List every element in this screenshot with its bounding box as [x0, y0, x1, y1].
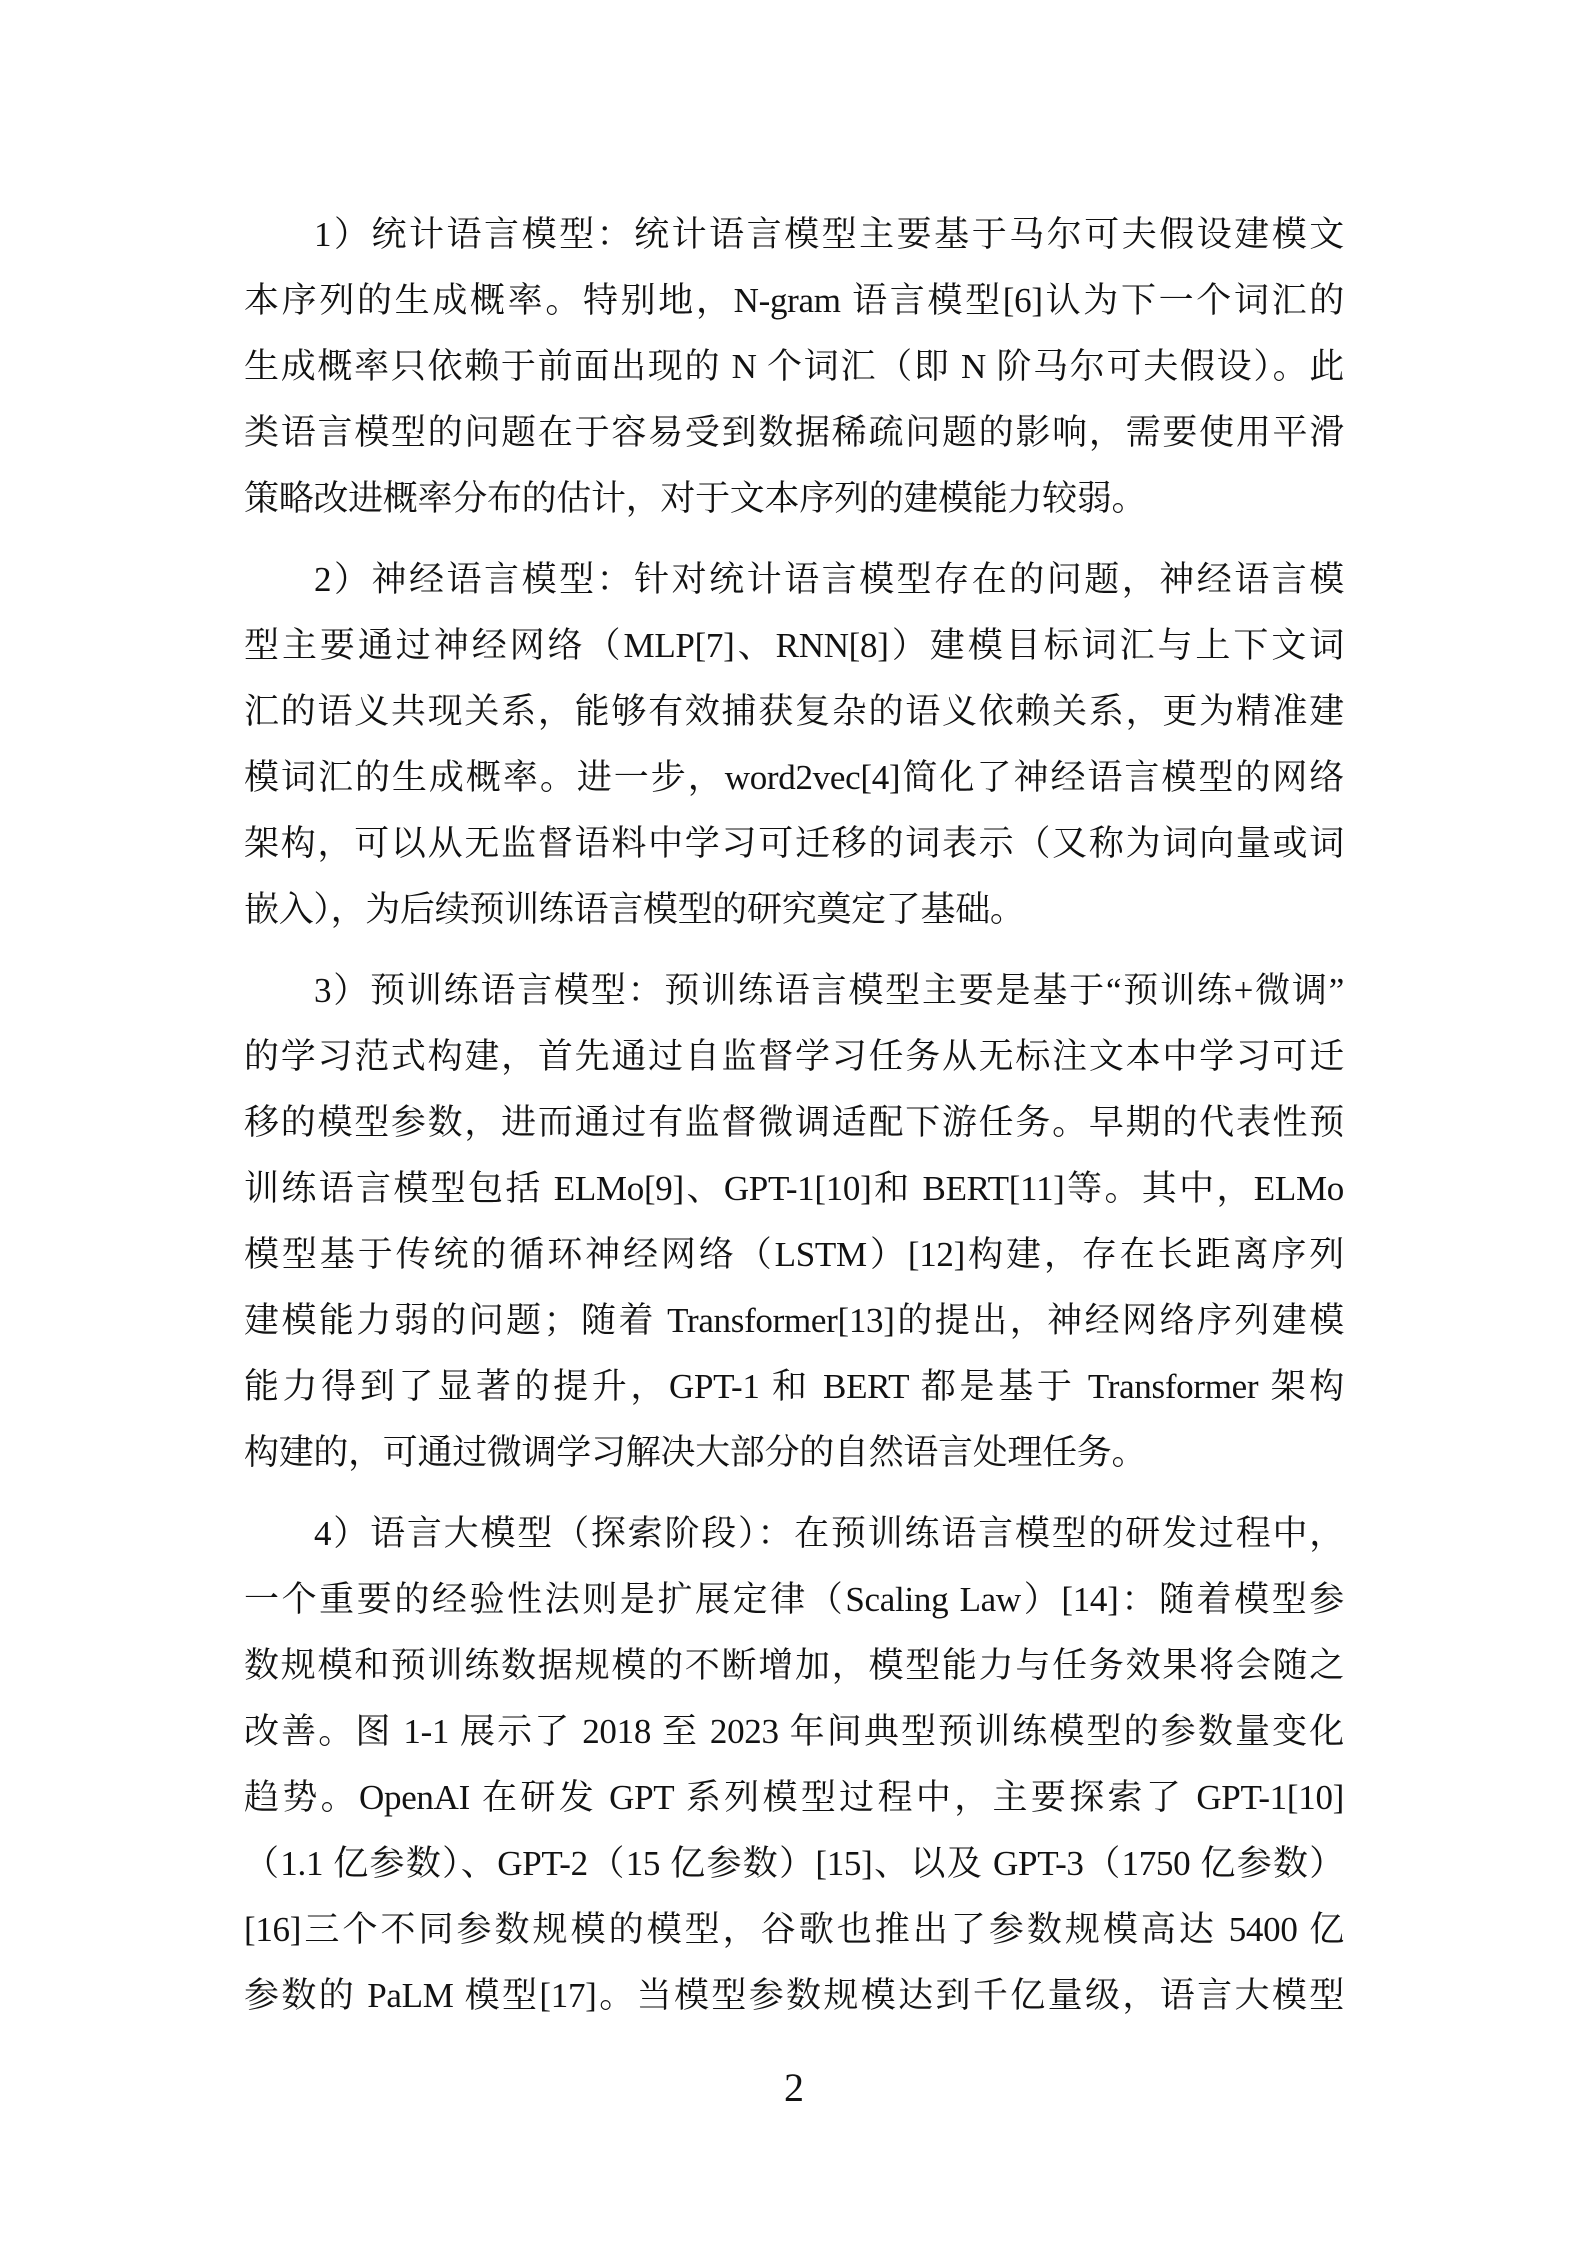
text-line: 型主要通过神经网络（MLP[7]、RNN[8]）建模目标词汇与上下文词	[244, 613, 1344, 679]
text-line: 趋势。OpenAI 在研发 GPT 系列模型过程中，主要探索了 GPT-1[10…	[244, 1765, 1344, 1831]
paragraph-pretrained-language-model: 3）预训练语言模型：预训练语言模型主要是基于“预训练+微调”的学习范式构建，首先…	[244, 958, 1344, 1486]
text-line: （1.1 亿参数）、GPT-2（15 亿参数）[15]、以及 GPT-3（175…	[244, 1831, 1344, 1897]
text-line: 移的模型参数，进而通过有监督微调适配下游任务。早期的代表性预	[244, 1090, 1344, 1156]
text-line: 建模能力弱的问题；随着 Transformer[13]的提出，神经网络序列建模	[244, 1288, 1344, 1354]
text-line: 参数的 PaLM 模型[17]。当模型参数规模达到千亿量级，语言大模型	[244, 1963, 1344, 2029]
text-line: 模型基于传统的循环神经网络（LSTM）[12]构建，存在长距离序列	[244, 1222, 1344, 1288]
text-line: 改善。图 1-1 展示了 2018 至 2023 年间典型预训练模型的参数量变化	[244, 1699, 1344, 1765]
text-line: 的学习范式构建，首先通过自监督学习任务从无标注文本中学习可迁	[244, 1024, 1344, 1090]
text-line: 2）神经语言模型：针对统计语言模型存在的问题，神经语言模	[244, 547, 1344, 613]
text-line: 生成概率只依赖于前面出现的 N 个词汇（即 N 阶马尔可夫假设）。此	[244, 334, 1344, 400]
text-line: 4）语言大模型（探索阶段）：在预训练语言模型的研发过程中，	[244, 1501, 1344, 1567]
text-line: 策略改进概率分布的估计，对于文本序列的建模能力较弱。	[244, 466, 1344, 532]
text-line: 本序列的生成概率。特别地，N-gram 语言模型[6]认为下一个词汇的	[244, 268, 1344, 334]
paragraph-large-language-model-exploration: 4）语言大模型（探索阶段）：在预训练语言模型的研发过程中，一个重要的经验性法则是…	[244, 1501, 1344, 2029]
text-line: 3）预训练语言模型：预训练语言模型主要是基于“预训练+微调”	[244, 958, 1344, 1024]
text-line: 数规模和预训练数据规模的不断增加，模型能力与任务效果将会随之	[244, 1633, 1344, 1699]
body-text-block: 1）统计语言模型：统计语言模型主要基于马尔可夫假设建模文本序列的生成概率。特别地…	[244, 202, 1344, 2029]
text-line: [16]三个不同参数规模的模型，谷歌也推出了参数规模高达 5400 亿	[244, 1897, 1344, 1963]
page-number: 2	[0, 2066, 1588, 2110]
text-line: 构建的，可通过微调学习解决大部分的自然语言处理任务。	[244, 1420, 1344, 1486]
text-line: 架构，可以从无监督语料中学习可迁移的词表示（又称为词向量或词	[244, 811, 1344, 877]
text-line: 一个重要的经验性法则是扩展定律（Scaling Law）[14]：随着模型参	[244, 1567, 1344, 1633]
text-line: 汇的语义共现关系，能够有效捕获复杂的语义依赖关系，更为精准建	[244, 679, 1344, 745]
document-page: 1）统计语言模型：统计语言模型主要基于马尔可夫假设建模文本序列的生成概率。特别地…	[0, 0, 1588, 2245]
text-line: 1）统计语言模型：统计语言模型主要基于马尔可夫假设建模文	[244, 202, 1344, 268]
text-line: 训练语言模型包括 ELMo[9]、GPT-1[10]和 BERT[11]等。其中…	[244, 1156, 1344, 1222]
text-line: 模词汇的生成概率。进一步，word2vec[4]简化了神经语言模型的网络	[244, 745, 1344, 811]
paragraph-statistical-language-model: 1）统计语言模型：统计语言模型主要基于马尔可夫假设建模文本序列的生成概率。特别地…	[244, 202, 1344, 532]
text-line: 能力得到了显著的提升，GPT-1 和 BERT 都是基于 Transformer…	[244, 1354, 1344, 1420]
text-line: 类语言模型的问题在于容易受到数据稀疏问题的影响，需要使用平滑	[244, 400, 1344, 466]
text-line: 嵌入），为后续预训练语言模型的研究奠定了基础。	[244, 877, 1344, 943]
paragraph-neural-language-model: 2）神经语言模型：针对统计语言模型存在的问题，神经语言模型主要通过神经网络（ML…	[244, 547, 1344, 943]
